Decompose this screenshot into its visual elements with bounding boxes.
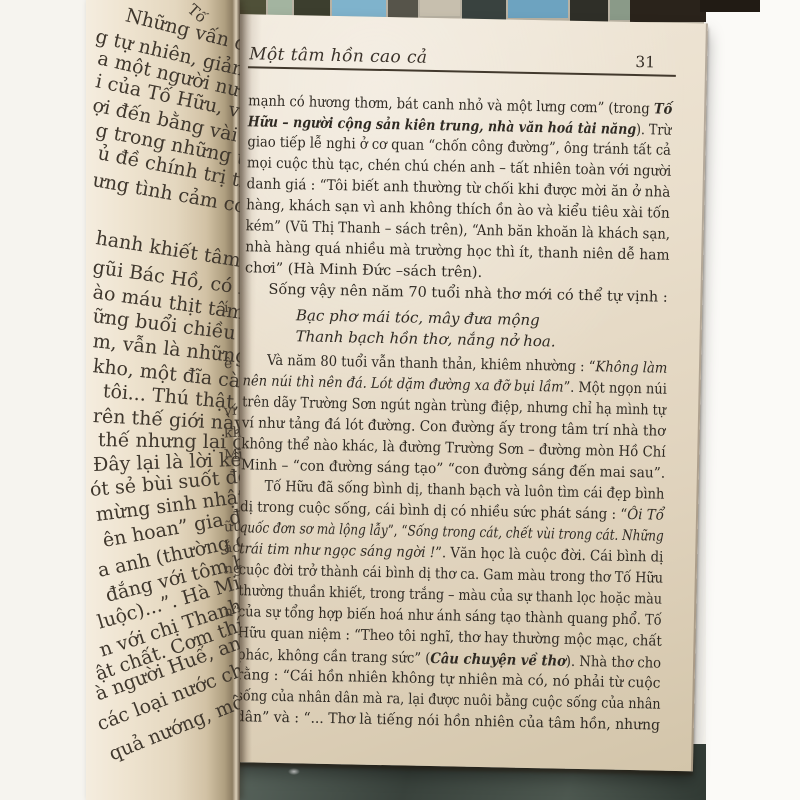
text-segment: chơi” (Hà Minh Đức –sách trên).: [245, 260, 483, 281]
book-photo: { "palette":{ "paper_light":"#f0e7d8","p…: [0, 0, 800, 800]
text-segment: ”. Một ngọn núi: [563, 380, 667, 398]
backdrop-block: [570, 0, 608, 22]
page-number: 31: [635, 53, 655, 71]
book-page-right: Một tâm hồn cao cả 31 mạnh có hương thơm…: [221, 14, 708, 771]
floor-light-speck: [288, 768, 300, 775]
text-segment: ). Trừ: [636, 122, 672, 139]
text-segment: phác, không cần trang sức” (: [237, 647, 431, 667]
gutter-peek-glyph: ác: [224, 540, 241, 557]
gutter-peek-glyph: ng: [224, 561, 243, 578]
text-segment: ). Nhà thơ cho: [566, 654, 662, 672]
text-segment: trái tim như ngọc sáng ngời !: [239, 541, 435, 561]
text-segment: Thanh bạch hồn thơ, nắng nở hoa.: [295, 327, 555, 350]
text-segment: ”. Văn học là cuộc đời. Cái bình dị: [435, 545, 664, 566]
gutter-peek-glyph: n”: [224, 604, 241, 621]
running-header-title: Một tâm hồn cao cả: [249, 44, 428, 68]
gutter-peek-glyph: ữu: [224, 519, 243, 536]
background-dark-corner-small: [700, 0, 760, 12]
text-segment: Ôi Tổ: [627, 507, 664, 524]
text-segment: Bạc phơ mái tóc, mây đưa mộng: [296, 306, 540, 329]
text-segment: quốc đơn sơ mà lộng lẫy: [240, 520, 388, 539]
gutter-peek-glyph: í: [224, 300, 229, 316]
text-segment: ”, “: [387, 523, 407, 539]
gutter-peek-glyph: Mi: [224, 447, 244, 464]
background-white-band: [706, 0, 800, 800]
backdrop-block: [420, 0, 460, 16]
text-segment: Tố: [654, 100, 673, 117]
header-rule: [248, 66, 676, 77]
text-segment: Sống trong cát, chết vùi trong cát. Nhữn…: [407, 524, 663, 545]
book-page-left-curled: TốNhững vấn đề kg tự nhiên, giản dịa một…: [86, 0, 240, 800]
gutter-peek-glyph: ê: [224, 356, 233, 372]
text-segment: Không làm: [595, 359, 667, 376]
body-text-block: mạnh có hương thơm, bát canh nhỏ và một …: [236, 90, 673, 736]
text-segment: Câu chuyện về thơ: [430, 650, 566, 670]
gutter-peek-glyph: kh: [224, 425, 242, 442]
backdrop-block: [508, 0, 568, 18]
gutter-peek-glyph: ví: [224, 403, 237, 420]
